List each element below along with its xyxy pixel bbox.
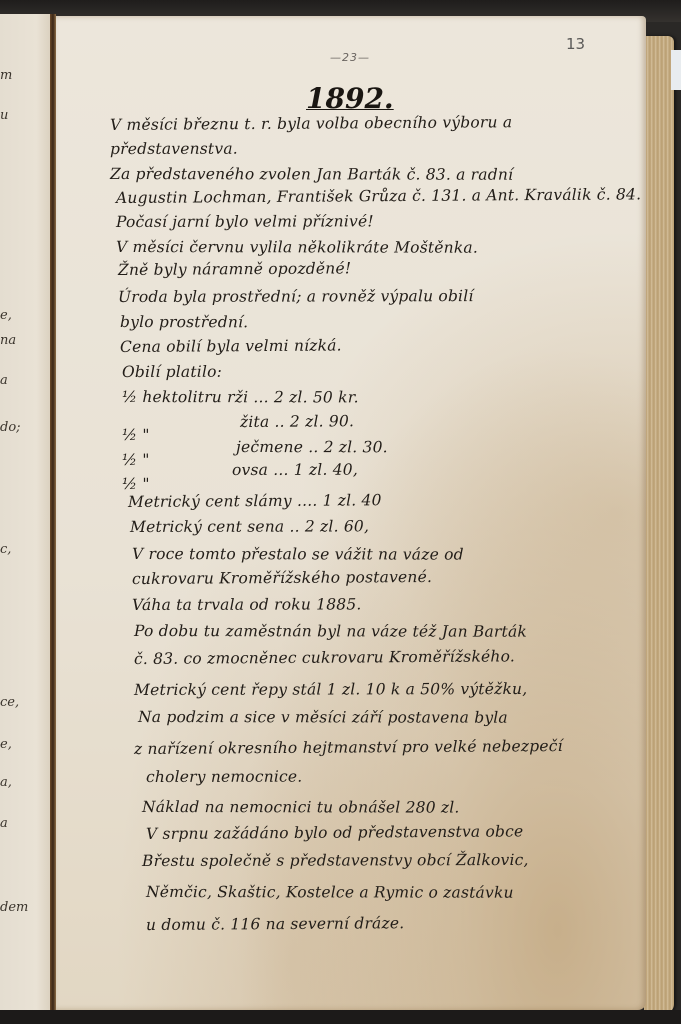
handwritten-line: Obilí platilo:: [122, 363, 222, 381]
handwritten-line: Úroda byla prostřední; a rovněž výpalu o…: [118, 287, 474, 306]
handwritten-line: ječmene .. 2 zl. 30.: [236, 438, 388, 456]
left-page-text-fragment: c,: [0, 542, 11, 557]
folio-number: 13: [566, 35, 585, 53]
handwritten-line: u domu č. 116 na severní dráze.: [146, 914, 404, 934]
handwritten-line: Metrický cent sena .. 2 zl. 60,: [130, 517, 369, 536]
page-number: —23—: [330, 51, 370, 64]
handwritten-line: ½ ": [122, 451, 150, 469]
handwritten-line: Za představeného zvolen Jan Barták č. 83…: [110, 165, 513, 184]
handwritten-line: ovsa ... 1 zl. 40,: [232, 461, 358, 479]
left-page: mue,naado;c,ce,e,a,adem: [0, 14, 52, 1014]
handwritten-line: V měsíci březnu t. r. byla volba obecníh…: [110, 113, 512, 134]
left-page-text-fragment: a: [0, 816, 8, 831]
handwritten-line: Cena obilí byla velmi nízká.: [120, 336, 342, 356]
page-number-value: 23: [342, 51, 358, 64]
handwritten-line: ½ hektolitru rži ... 2 zl. 50 kr.: [122, 388, 359, 406]
handwritten-line: Augustin Lochman, František Grůza č. 131…: [116, 185, 641, 207]
left-page-text-fragment: do;: [0, 420, 21, 435]
left-page-text-fragment: m: [0, 68, 12, 83]
left-page-text-fragment: e,: [0, 308, 12, 323]
year-heading: 1892.: [306, 82, 394, 115]
left-page-text-fragment: a: [0, 373, 8, 388]
handwritten-line: Němčic, Skaštic, Kostelce a Rymic o zast…: [146, 883, 514, 902]
handwritten-line: žita .. 2 zl. 90.: [240, 412, 354, 431]
handwritten-line: V roce tomto přestalo se vážit na váze o…: [132, 545, 464, 564]
handwritten-line: Náklad na nemocnici tu obnášel 280 zl.: [142, 798, 460, 817]
left-page-text-fragment: e,: [0, 737, 12, 752]
handwritten-line: Metrický cent řepy stál 1 zl. 10 k a 50%…: [134, 680, 527, 699]
scan-background-edge: [671, 50, 681, 90]
left-page-text-fragment: na: [0, 333, 16, 348]
page-edges: [644, 36, 674, 1014]
handwritten-line: Žně byly náramně opozděné!: [118, 259, 351, 279]
handwritten-line: Po dobu tu zaměstnán byl na váze též Jan…: [134, 622, 527, 641]
left-page-text-fragment: u: [0, 108, 8, 123]
handwritten-line: Břestu společně s představenstvy obcí Ža…: [142, 851, 529, 870]
left-page-text-fragment: dem: [0, 900, 28, 915]
handwritten-line: č. 83. co zmocněnec cukrovaru Kroměřížsk…: [134, 647, 515, 668]
handwritten-line: představenstva.: [110, 140, 238, 158]
handwritten-line: V srpnu zažádáno bylo od představenstva …: [146, 822, 523, 843]
handwritten-line: Metrický cent slámy .... 1 zl. 40: [128, 491, 382, 511]
scan-background-bottom: [0, 1010, 681, 1024]
handwritten-line: Na podzim a sice v měsíci září postavena…: [138, 708, 508, 727]
handwritten-line: ½ ": [122, 475, 150, 493]
left-page-text-fragment: a,: [0, 775, 12, 790]
handwritten-line: z nařízení okresního hejtmanství pro vel…: [134, 737, 563, 758]
handwritten-line: Počasí jarní bylo velmi příznivé!: [116, 212, 374, 231]
handwritten-line: ½ ": [122, 426, 150, 444]
handwritten-line: V měsíci červnu vylila několikráte Moště…: [116, 238, 478, 257]
left-page-text-fragment: ce,: [0, 695, 19, 710]
handwritten-line: Váha ta trvala od roku 1885.: [132, 595, 362, 614]
handwritten-line: cukrovaru Kroměřížského postavené.: [132, 568, 432, 588]
handwritten-line: bylo prostřední.: [120, 313, 248, 331]
handwritten-line: cholery nemocnice.: [146, 768, 302, 786]
